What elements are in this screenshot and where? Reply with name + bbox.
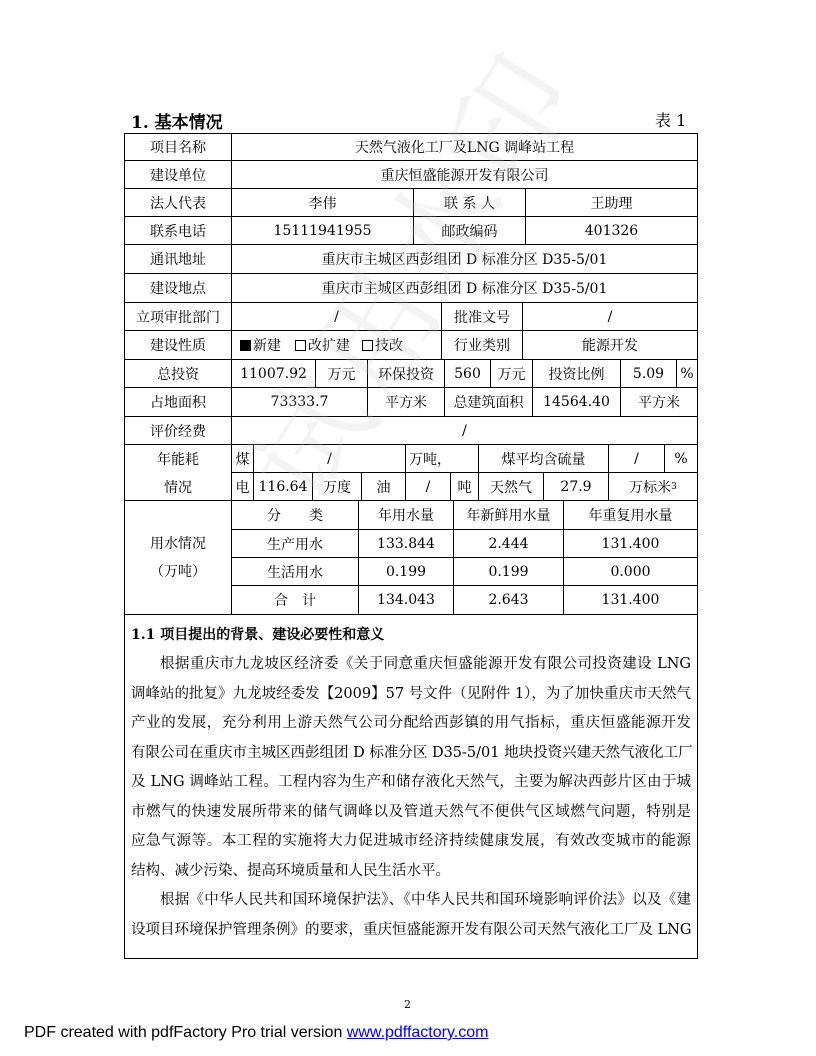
unit-investment-ratio: %: [676, 359, 698, 388]
value-industry: 能源开发: [522, 330, 698, 360]
value-legal-rep: 李伟: [231, 188, 414, 217]
value-approval-doc: /: [522, 302, 698, 331]
paragraph-2: 根据《中华人民共和国环境保护法》、《中华人民共和国环境影响评价法》以及《建 设项…: [131, 886, 691, 945]
value-phone: 15111941955: [231, 216, 414, 245]
label-phone: 联系电话: [124, 216, 232, 245]
checkbox-tech-upgrade: [362, 340, 373, 351]
label-nature: 建设性质: [124, 330, 232, 360]
paragraph-line: 调峰站的批复》九龙坡经委发【2009】57 号文件（见附件 1），为了加快重庆市…: [131, 680, 691, 710]
paragraph-line: 根据重庆市九龙坡区经济委《关于同意重庆恒盛能源开发有限公司投资建设 LNG: [131, 650, 691, 680]
label-electricity: 电: [231, 472, 254, 501]
value-investment-ratio: 5.09: [620, 359, 677, 388]
unit-total-investment: 万元: [315, 359, 368, 388]
paragraph-line: 设项目环境保护管理条例》的要求，重庆恒盛能源开发有限公司天然气液化工厂及 LNG: [131, 916, 691, 946]
value-address: 重庆市主城区西彭组团 D 标准分区 D35-5/01: [231, 244, 698, 274]
label-contact: 联 系 人: [413, 188, 526, 217]
paragraph-line: 市燃气的快速发展所带来的储气调峰以及管道天然气不便供气区域燃气问题，特别是: [131, 798, 691, 828]
nature-options: 新建 改扩建 技改: [231, 330, 442, 360]
unit-build-area: 平方米: [620, 387, 698, 417]
unit-sulfur: %: [664, 444, 698, 473]
label-project-name: 项目名称: [124, 133, 232, 161]
value-coal: /: [253, 444, 406, 473]
water-row-production-fresh: 2.444: [453, 529, 564, 558]
label-eval-fee: 评价经费: [124, 416, 232, 445]
label-energy-1: 年能耗: [124, 449, 232, 469]
label-legal-rep: 法人代表: [124, 188, 232, 217]
paragraph-line: 根据《中华人民共和国环境保护法》、《中华人民共和国环境影响评价法》以及《建: [131, 886, 691, 916]
water-row-domestic-fresh: 0.199: [453, 557, 564, 586]
label-build-area: 总建筑面积: [444, 387, 533, 417]
label-industry: 行业类别: [441, 330, 523, 360]
unit-gas-sup: 3: [671, 482, 677, 492]
value-contact: 王助理: [525, 188, 698, 217]
label-site: 建设地点: [124, 273, 232, 303]
value-env-investment: 560: [444, 359, 491, 388]
value-build-area: 14564.40: [532, 387, 621, 417]
label-address: 通讯地址: [124, 244, 232, 274]
page-number: 2: [404, 998, 411, 1011]
water-row-production-reuse: 131.400: [563, 529, 698, 558]
label-sulfur: 煤平均含硫量: [478, 444, 609, 473]
footer-text: PDF created with pdfFactory Pro trial ve…: [24, 1024, 347, 1041]
value-builder: 重庆恒盛能源开发有限公司: [231, 160, 698, 189]
water-row-production-total: 133.844: [358, 529, 454, 558]
value-site: 重庆市主城区西彭组团 D 标准分区 D35-5/01: [231, 273, 698, 303]
value-total-investment: 11007.92: [231, 359, 316, 388]
value-project-name: 天然气液化工厂及LNG 调峰站工程: [231, 133, 698, 161]
checkbox-expansion: [295, 340, 306, 351]
unit-gas: 万标米3: [608, 472, 698, 501]
label-water-1: 用水情况: [124, 533, 232, 553]
water-row-total-fresh: 2.643: [453, 585, 564, 615]
pdf-footer: PDF created with pdfFactory Pro trial ve…: [24, 1024, 488, 1042]
water-row-total-reuse: 131.400: [563, 585, 698, 615]
paragraph-line: 有限公司在重庆市主城区西彭组团 D 标准分区 D35-5/01 地块投资兴建天然…: [131, 739, 691, 769]
pdffactory-link[interactable]: www.pdffactory.com: [347, 1024, 489, 1041]
value-oil: /: [405, 472, 451, 501]
label-env-investment: 环保投资: [367, 359, 445, 388]
option-expansion: 改扩建: [308, 335, 350, 355]
water-row-total-category: 合 计: [231, 585, 359, 615]
water-row-domestic-total: 0.199: [358, 557, 454, 586]
unit-gas-text: 万标米: [629, 477, 671, 497]
paragraph-line: 产业的发展，充分利用上游天然气公司分配给西彭镇的用气指标，重庆恒盛能源开发: [131, 709, 691, 739]
label-investment: 总投资: [124, 359, 232, 388]
paragraph-line: 及 LNG 调峰站工程。工程内容为生产和储存液化天然气，主要为解决西彭片区由于城: [131, 768, 691, 798]
label-area: 占地面积: [124, 387, 232, 417]
unit-env-investment: 万元: [490, 359, 533, 388]
paragraph-1: 根据重庆市九龙坡区经济委《关于同意重庆恒盛能源开发有限公司投资建设 LNG 调峰…: [131, 650, 691, 886]
water-row-domestic-reuse: 0.000: [563, 557, 698, 586]
water-row-domestic-category: 生活用水: [231, 557, 359, 586]
unit-land-area: 平方米: [367, 387, 445, 417]
option-tech-upgrade: 技改: [375, 335, 403, 355]
label-builder: 建设单位: [124, 160, 232, 189]
water-header-total: 年用水量: [358, 500, 454, 530]
paragraph-line: 应急气源等。本工程的实施将大力促进城市经济持续健康发展，有效改变城市的能源: [131, 827, 691, 857]
label-approval-doc: 批准文号: [441, 302, 523, 331]
value-gas: 27.9: [543, 472, 609, 501]
label-investment-ratio: 投资比例: [532, 359, 621, 388]
value-electricity: 116.64: [253, 472, 313, 501]
water-row-production-category: 生产用水: [231, 529, 359, 558]
table-number: 表 1: [655, 108, 686, 131]
option-new-build: 新建: [253, 335, 281, 355]
label-gas: 天然气: [478, 472, 544, 501]
label-approval-dept: 立项审批部门: [124, 302, 232, 331]
water-header-reuse: 年重复用水量: [563, 500, 698, 530]
label-energy-2: 情况: [124, 477, 232, 497]
water-label-cell: [124, 500, 232, 615]
section-title: 1. 基本情况: [131, 108, 223, 133]
water-header-category: 分 类: [231, 500, 359, 530]
value-postcode: 401326: [525, 216, 698, 245]
water-row-total-total: 134.043: [358, 585, 454, 615]
value-eval-fee: /: [231, 416, 698, 445]
label-coal: 煤: [231, 444, 254, 473]
label-water-2: （万吨）: [124, 561, 232, 581]
value-land-area: 73333.7: [231, 387, 368, 417]
subsection-title: 1.1 项目提出的背景、建设必要性和意义: [131, 624, 384, 644]
water-header-fresh: 年新鲜用水量: [453, 500, 564, 530]
unit-electricity: 万度: [312, 472, 362, 501]
unit-oil: 吨: [450, 472, 479, 501]
label-oil: 油: [361, 472, 406, 501]
value-sulfur: /: [608, 444, 665, 473]
checkbox-new-build: [240, 340, 251, 351]
label-postcode: 邮政编码: [413, 216, 526, 245]
value-approval-dept: /: [231, 302, 442, 331]
unit-coal: 万吨，: [405, 444, 479, 473]
paragraph-line: 结构、减少污染、提高环境质量和人民生活水平。: [131, 857, 691, 887]
